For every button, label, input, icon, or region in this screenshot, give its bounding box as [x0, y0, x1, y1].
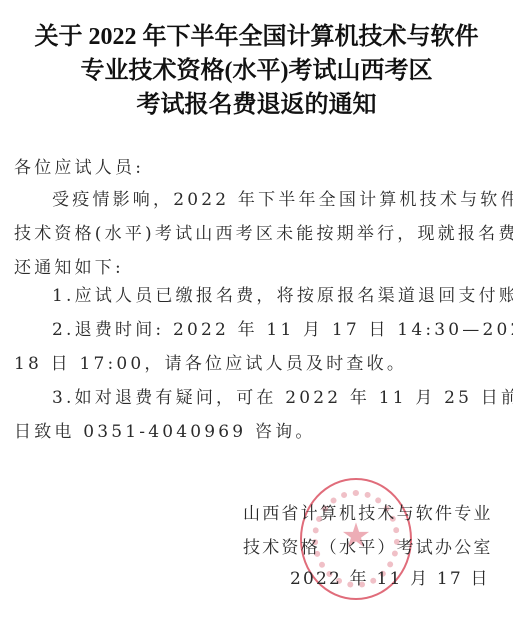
title-line-1: 关于 2022 年下半年全国计算机技术与软件	[0, 20, 513, 54]
body-paragraph-line-2: 技术资格(水平)考试山西考区未能按期举行，现就报名费退	[14, 223, 513, 245]
body-paragraph-line-3: 还通知如下:	[14, 257, 124, 279]
signature-org-line-2: 技术资格（水平）考试办公室	[243, 537, 493, 559]
item-3-line-2: 日致电 0351-4040969 咨询。	[14, 421, 316, 443]
title-line-2: 专业技术资格(水平)考试山西考区	[0, 54, 513, 88]
item-3-line-1: 3.如对退费有疑问，可在 2022 年 11 月 25 日前的工作	[52, 387, 513, 409]
salutation: 各位应试人员:	[14, 157, 144, 179]
item-2-line-2: 18 日 17:00，请各位应试人员及时查收。	[14, 353, 407, 375]
body-paragraph-line-1: 受疫情影响，2022 年下半年全国计算机技术与软件专业	[52, 189, 513, 211]
title-line-3: 考试报名费退返的通知	[0, 88, 513, 122]
signature-org-line-1: 山西省计算机技术与软件专业	[243, 503, 493, 525]
signature-date: 2022 年 11 月 17 日	[290, 568, 490, 590]
item-1: 1.应试人员已缴报名费，将按原报名渠道退回支付账户。	[52, 285, 513, 307]
item-2-line-1: 2.退费时间: 2022 年 11 月 17 日 14:30—2022 年 11…	[52, 319, 513, 341]
